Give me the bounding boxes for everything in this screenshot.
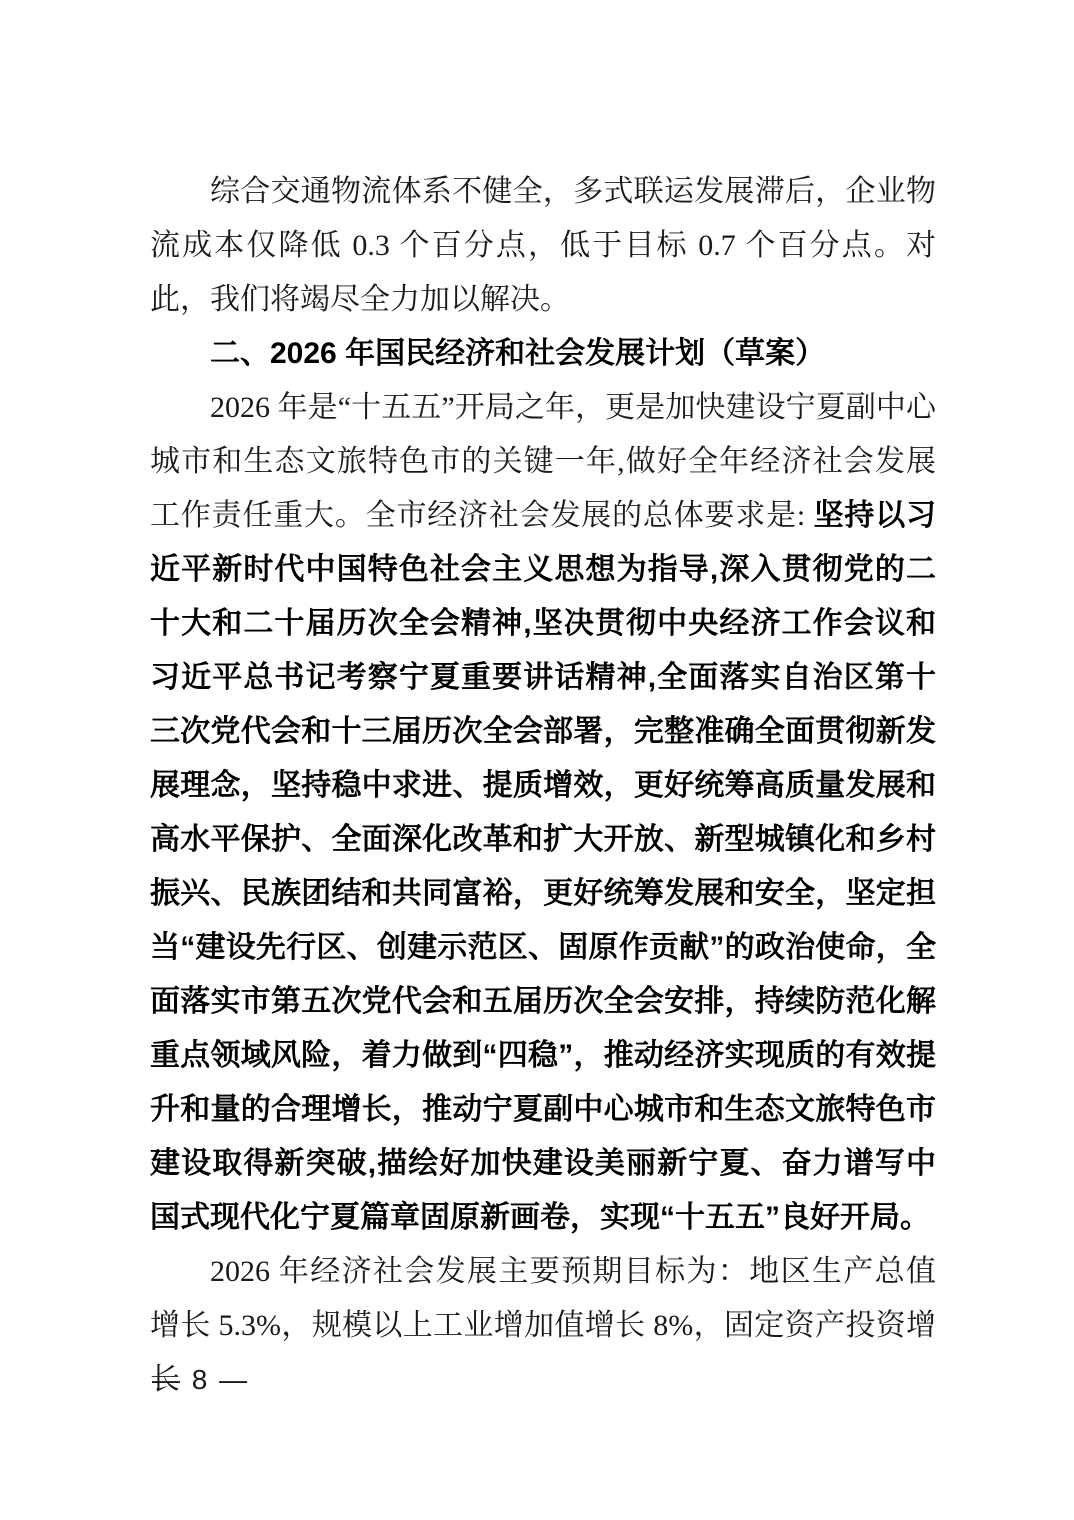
page-number: — 8 —	[152, 1363, 249, 1397]
document-content: 综合交通物流体系不健全，多式联运发展滞后，企业物流成本仅降低 0.3 个百分点，…	[150, 165, 936, 1407]
section-heading: 二、2026 年国民经济和社会发展计划（草案）	[150, 327, 936, 381]
paragraph-plan: 2026 年是“十五五”开局之年，更是加快建设宁夏副中心城市和生态文旅特色市的关…	[150, 381, 936, 1245]
paragraph-plan-bold-run: 坚持以习近平新时代中国特色社会主义思想为指导,深入贯彻党的二十大和二十届历次全会…	[150, 499, 936, 1234]
paragraph-targets: 2026 年经济社会发展主要预期目标为：地区生产总值增长 5.3%，规模以上工业…	[150, 1245, 936, 1407]
document-page: 综合交通物流体系不健全，多式联运发展滞后，企业物流成本仅降低 0.3 个百分点，…	[0, 0, 1074, 1520]
paragraph-logistics: 综合交通物流体系不健全，多式联运发展滞后，企业物流成本仅降低 0.3 个百分点，…	[150, 165, 936, 327]
